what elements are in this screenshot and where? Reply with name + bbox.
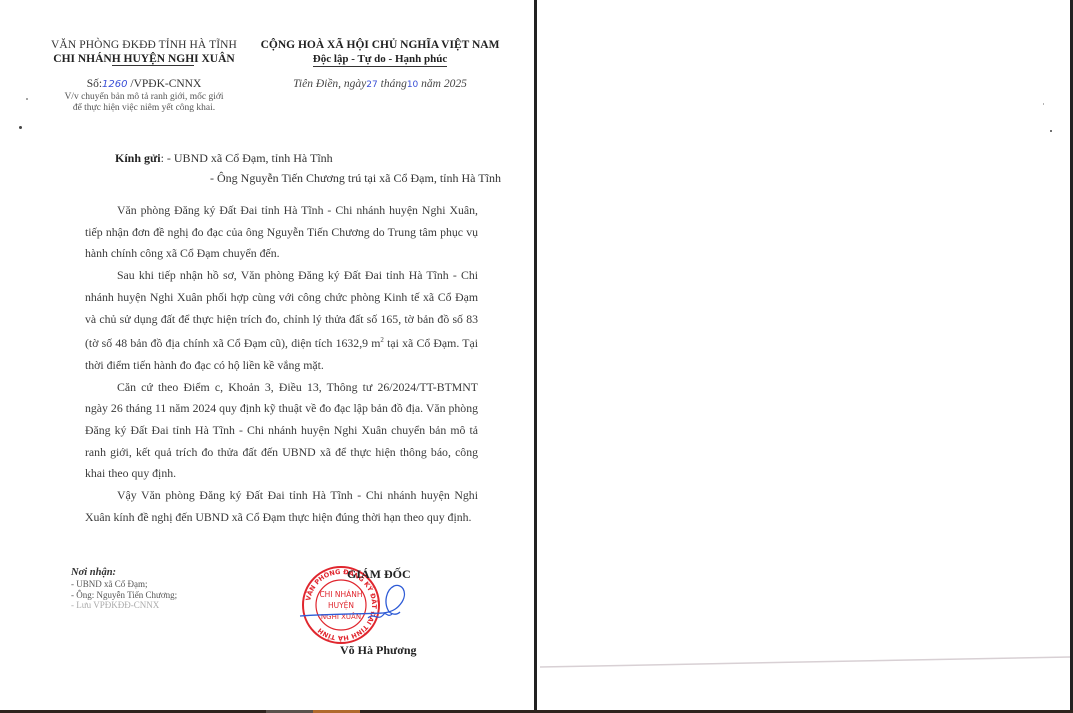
recipient-line1: Kính gửi: - UBND xã Cổ Đạm, tỉnh Hà Tĩnh [115, 148, 501, 168]
scan-speck [19, 126, 22, 129]
receivers-title: Nơi nhận: [71, 567, 177, 579]
recipient-2: - Ông Nguyễn Tiến Chương trú tại xã Cổ Đ… [115, 168, 501, 188]
motto-text: Độc lập - Tự do - Hạnh phúc [313, 53, 447, 67]
doc-number-handwritten: 1260 [102, 79, 127, 90]
date-suffix: năm 2025 [418, 78, 467, 90]
doc-number-suffix: /VPĐK-CNNX [128, 78, 202, 90]
document-page-1: VĂN PHÒNG ĐKĐĐ TỈNH HÀ TĨNH CHI NHÁNH HU… [0, 0, 534, 710]
receiver-item: - Lưu VPĐKĐĐ-CNNX [71, 600, 177, 611]
doc-number-prefix: Số: [87, 78, 102, 90]
scan-artifact-line [540, 655, 1070, 669]
agency-line2-underlined: H HUYỆN NGH [112, 53, 194, 66]
agency-line2-prefix: CHI NHÁN [53, 53, 111, 65]
paragraph-4: Vậy Văn phòng Đăng ký Đất Đai tỉnh Hà Tĩ… [85, 485, 478, 528]
page-divider [534, 0, 537, 713]
agency-line2-suffix: I XUÂN [194, 53, 235, 65]
issuing-agency-header: VĂN PHÒNG ĐKĐĐ TỈNH HÀ TĨNH CHI NHÁNH HU… [30, 38, 258, 114]
recipient-1: : - UBND xã Cổ Đạm, tỉnh Hà Tĩnh [161, 151, 333, 165]
scan-speck [1050, 130, 1052, 132]
receivers-block: Nơi nhận: - UBND xã Cổ Đạm; - Ông: Nguyễ… [71, 567, 177, 611]
paragraph-1: Văn phòng Đăng ký Đất Đai tỉnh Hà Tĩnh -… [85, 200, 478, 265]
handwritten-signature-icon [298, 578, 418, 628]
letter-body: Văn phòng Đăng ký Đất Đai tỉnh Hà Tĩnh -… [85, 200, 478, 528]
paragraph-2: Sau khi tiếp nhận hồ sơ, Văn phòng Đăng … [85, 265, 478, 376]
national-motto: Độc lập - Tự do - Hạnh phúc [255, 52, 505, 66]
receiver-item: - UBND xã Cổ Đạm; [71, 579, 177, 590]
scan-speck [1043, 103, 1044, 105]
signer-name: Võ Hà Phương [340, 643, 417, 658]
document-page-2-blank [537, 0, 1070, 710]
recipients-block: Kính gửi: - UBND xã Cổ Đạm, tỉnh Hà Tĩnh… [115, 148, 501, 188]
subject-line2: để thực hiện việc niêm yết công khai. [30, 103, 258, 114]
receiver-item: - Ông: Nguyễn Tiến Chương; [71, 590, 177, 601]
document-number: Số:1260 /VPĐK-CNNX [30, 77, 258, 92]
document-date: Tiên Điền, ngày27 tháng10 năm 2025 [255, 77, 505, 92]
agency-name-line2: CHI NHÁNH HUYỆN NGHI XUÂN [30, 52, 258, 66]
national-header: CỘNG HOÀ XÃ HỘI CHỦ NGHĨA VIỆT NAM Độc l… [255, 38, 505, 92]
national-title: CỘNG HOÀ XÃ HỘI CHỦ NGHĨA VIỆT NAM [255, 38, 505, 52]
date-prefix: Tiên Điền, ngày [293, 78, 366, 90]
subject-line1: V/v chuyển bản mô tả ranh giới, mốc giới [30, 92, 258, 103]
recipients-label: Kính gửi [115, 151, 161, 165]
date-day-handwritten: 27 [366, 80, 377, 90]
date-month-handwritten: 10 [407, 80, 418, 90]
area-unit-superscript: 2 [380, 336, 384, 344]
date-mid: tháng [378, 78, 407, 90]
scan-speck [26, 98, 28, 100]
agency-name-line1: VĂN PHÒNG ĐKĐĐ TỈNH HÀ TĨNH [30, 38, 258, 52]
paragraph-3: Căn cứ theo Điểm c, Khoản 3, Điều 13, Th… [85, 377, 478, 486]
